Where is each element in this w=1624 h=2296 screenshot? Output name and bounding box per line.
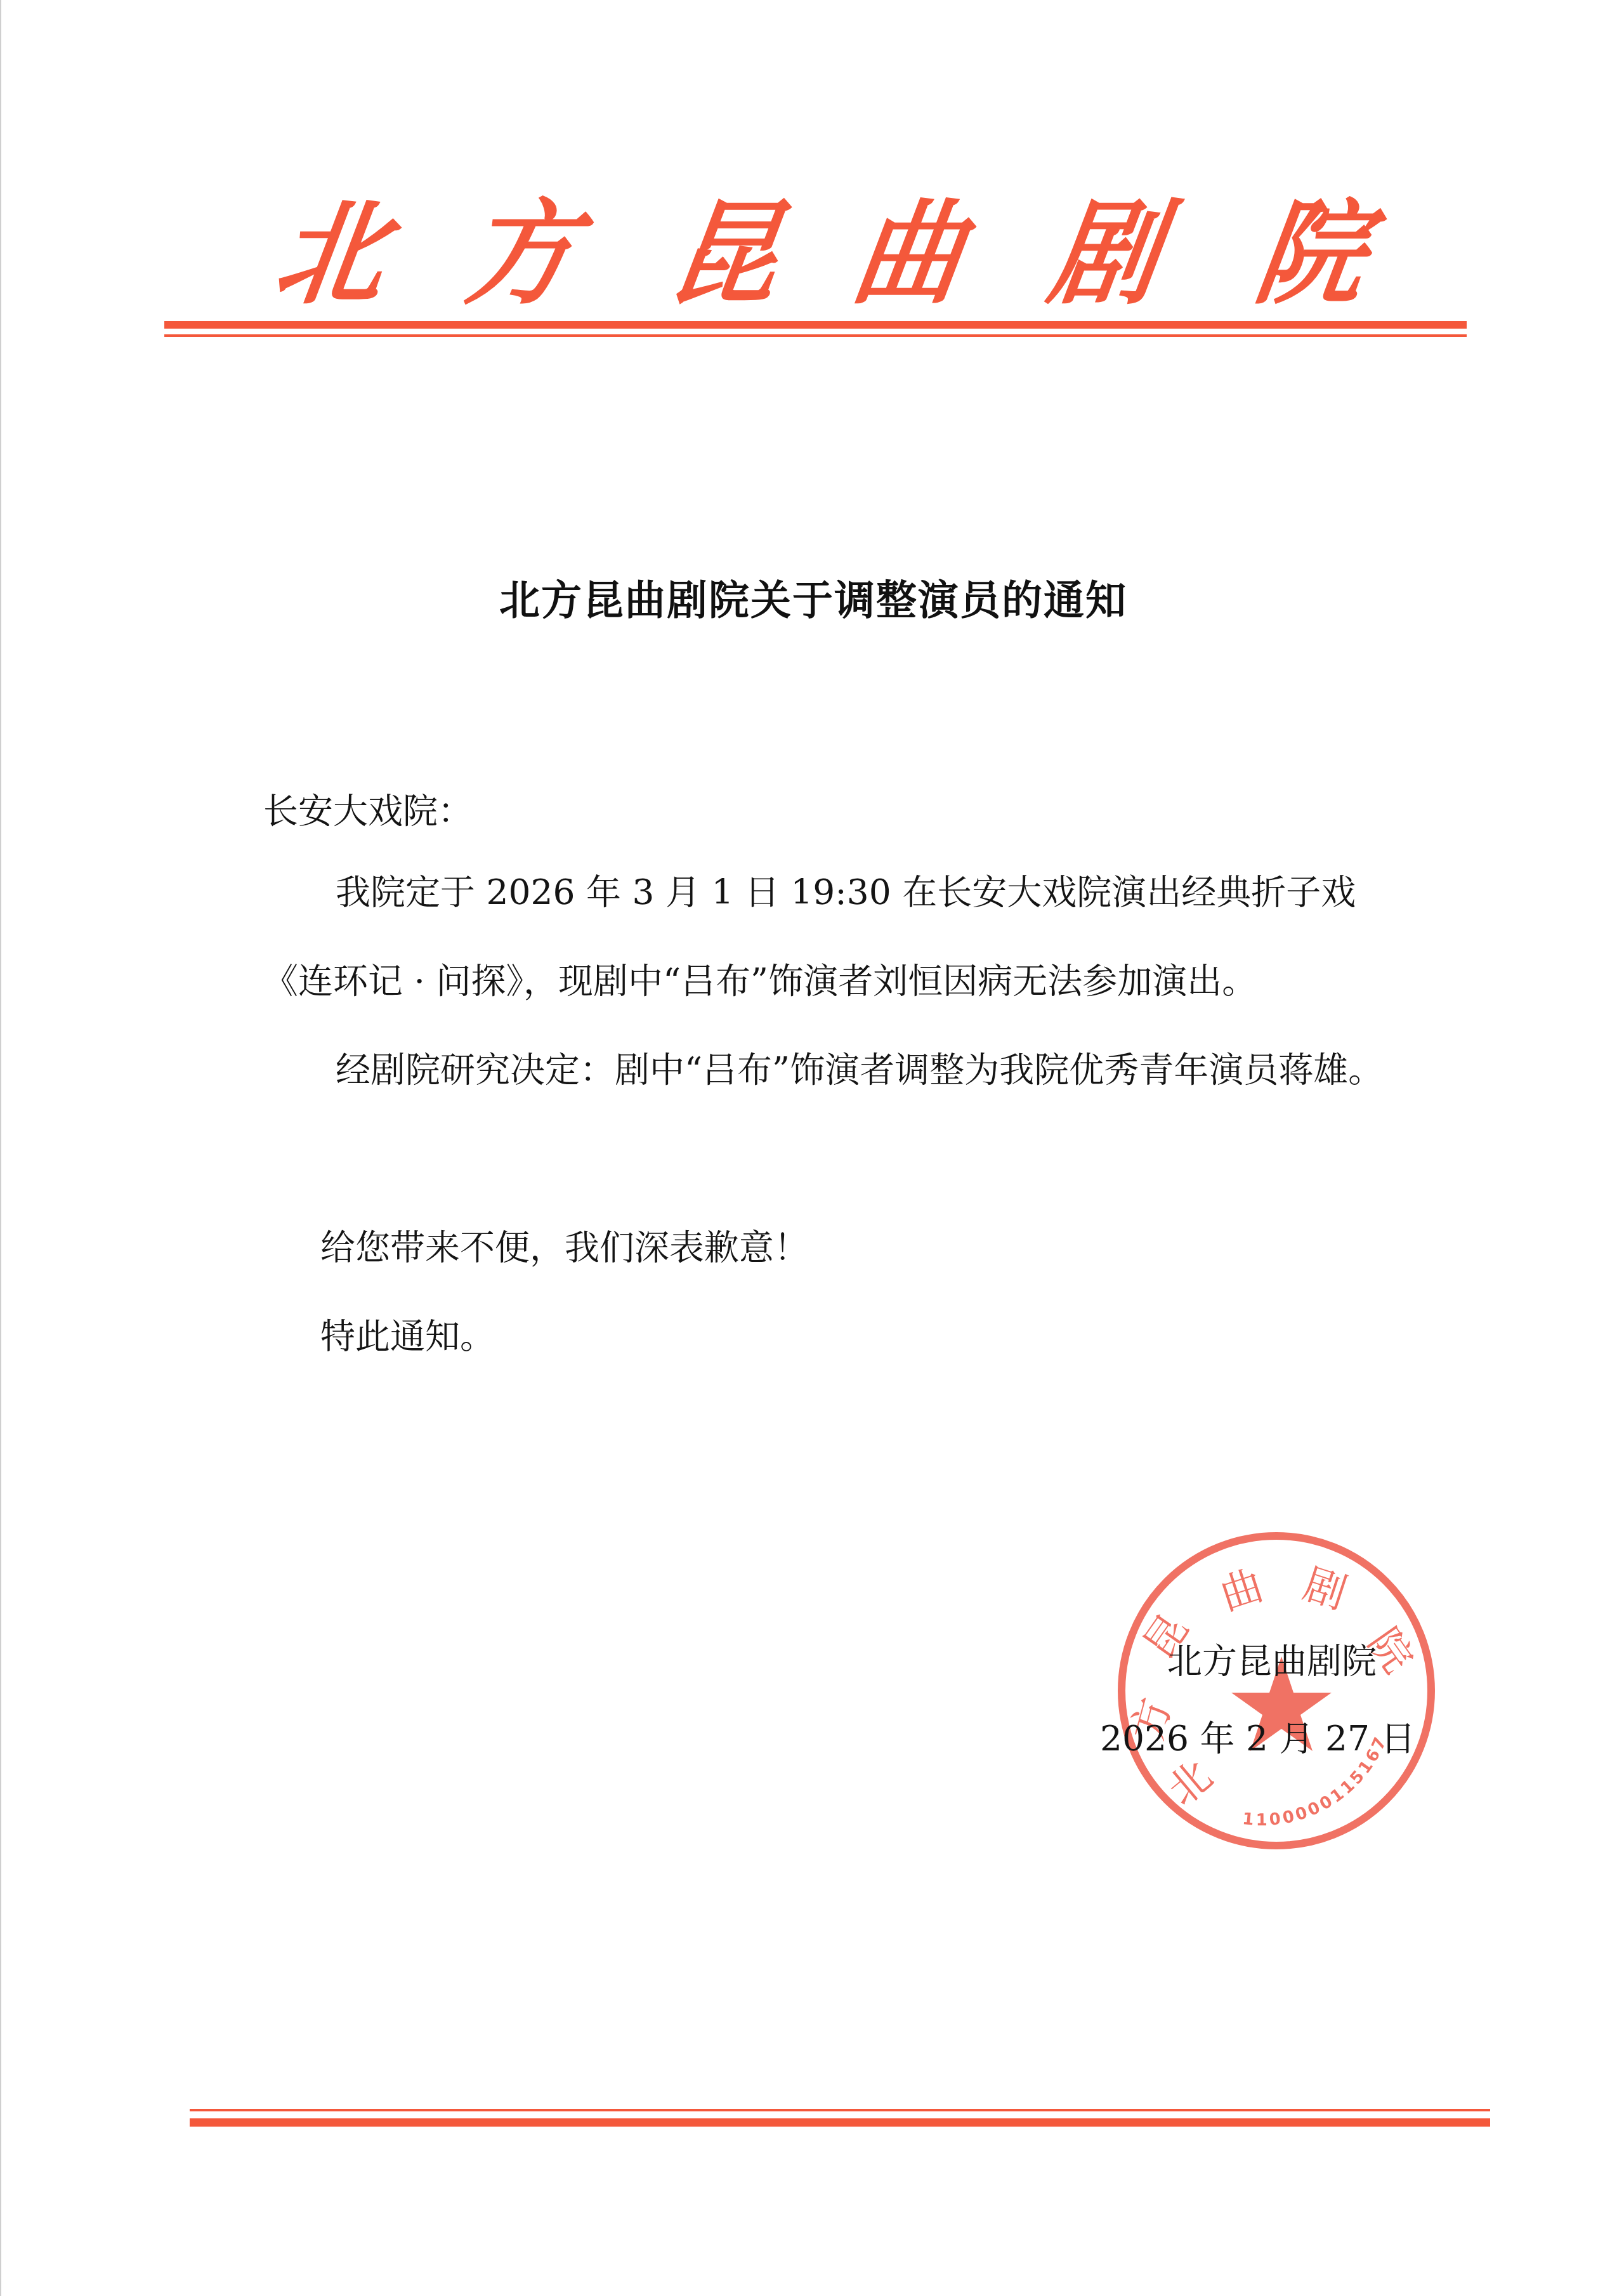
letterhead-char: 院 <box>1238 187 1384 320</box>
letterhead-char: 北 <box>258 187 404 320</box>
paragraph: 我院定于 2026 年 3 月 1 日 19:30 在长安大戏院演出经典折子戏《… <box>263 848 1399 1025</box>
paragraph: 特此通知。 <box>263 1292 1399 1381</box>
letterhead-rule-thick <box>164 321 1467 329</box>
document-page: 北 方 昆 曲 剧 院 北方昆曲剧院关于调整演员的通知 长安大戏院： 我院定于 … <box>0 0 1624 2296</box>
letterhead-char: 方 <box>449 187 594 320</box>
document-title: 北方昆曲剧院关于调整演员的通知 <box>1 568 1624 626</box>
footer-rule-thin <box>190 2109 1490 2111</box>
letterhead-char: 剧 <box>1032 187 1178 320</box>
letterhead: 北 方 昆 曲 剧 院 <box>1 190 1624 317</box>
official-seal-stamp: 北 方 昆 曲 剧 院 1100000115167 <box>1115 1530 1437 1852</box>
letterhead-rule-thin <box>164 334 1467 337</box>
salutation: 长安大戏院： <box>263 766 1399 855</box>
paragraph: 给您带来不便，我们深表歉意！ <box>263 1203 1399 1292</box>
letterhead-char: 曲 <box>835 187 981 320</box>
signature-organization: 北方昆曲剧院 <box>1167 1639 1377 1683</box>
footer-rule-thick <box>190 2118 1490 2127</box>
paragraph: 经剧院研究决定：剧中“吕布”饰演者调整为我院优秀青年演员蒋雄。 <box>263 1025 1399 1114</box>
signature-date: 2026 年 2 月 27 日 <box>1100 1716 1415 1761</box>
document-body: 长安大戏院： 我院定于 2026 年 3 月 1 日 19:30 在长安大戏院演… <box>263 766 1399 855</box>
seal-char: 曲 <box>1214 1561 1269 1620</box>
seal-char: 剧 <box>1297 1559 1352 1619</box>
letterhead-char: 昆 <box>652 187 797 320</box>
